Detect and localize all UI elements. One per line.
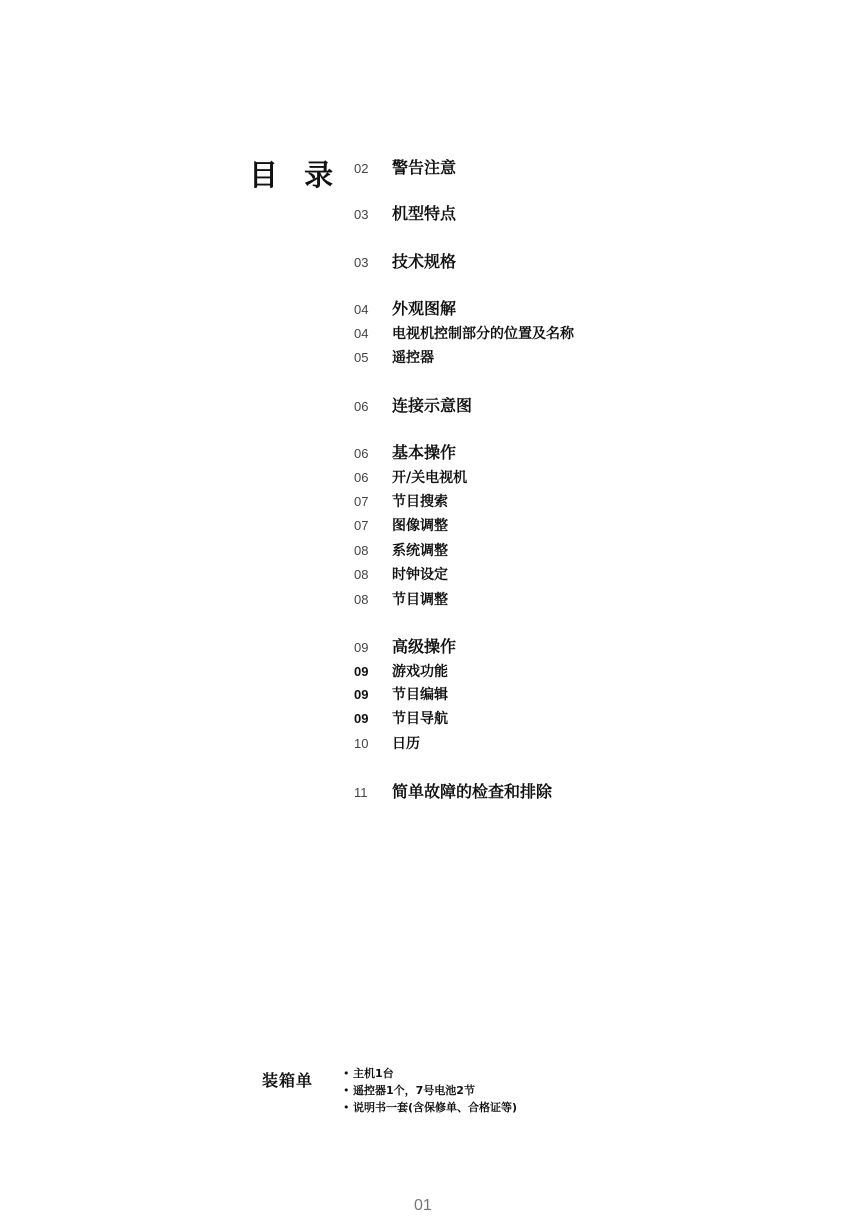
toc-entry-2: 03技术规格 <box>354 252 456 272</box>
toc-page-number: 09 <box>354 685 392 705</box>
packing-list-title: 装箱单 <box>262 1068 313 1091</box>
toc-label: 节目搜索 <box>392 494 448 510</box>
toc-entry-11: 08系统调整 <box>354 540 448 560</box>
toc-label: 基本操作 <box>392 443 456 462</box>
toc-label: 简单故障的检查和排除 <box>392 782 552 801</box>
toc-page-number: 08 <box>354 541 392 561</box>
toc-entry-15: 09游戏功能 <box>354 661 448 681</box>
toc-entry-7: 06基本操作 <box>354 443 456 463</box>
toc-entry-18: 10日历 <box>354 733 420 753</box>
toc-page-number: 07 <box>354 492 392 512</box>
toc-entry-6: 06连接示意图 <box>354 396 472 416</box>
toc-label: 节目调整 <box>392 592 448 608</box>
toc-label: 节目导航 <box>392 711 448 727</box>
toc-page-number: 02 <box>354 159 392 179</box>
toc-entry-3: 04外观图解 <box>354 299 456 319</box>
toc-title: 目 录 <box>249 153 341 194</box>
toc-page-number: 08 <box>354 590 392 610</box>
toc-label: 游戏功能 <box>392 664 448 680</box>
toc-page-number: 06 <box>354 444 392 464</box>
toc-page-number: 08 <box>354 565 392 585</box>
toc-page-number: 05 <box>354 348 392 368</box>
packing-list-item: 说明书一套(含保修单、合格证等) <box>343 1099 517 1116</box>
toc-label: 开/关电视机 <box>392 470 467 486</box>
toc-entry-16: 09节目编辑 <box>354 684 448 704</box>
toc-label: 系统调整 <box>392 543 448 559</box>
toc-entry-10: 07图像调整 <box>354 515 448 535</box>
toc-entry-4: 04电视机控制部分的位置及名称 <box>354 323 574 343</box>
toc-label: 时钟设定 <box>392 567 448 583</box>
toc-page-number: 09 <box>354 638 392 658</box>
toc-entry-8: 06开/关电视机 <box>354 467 467 487</box>
toc-label: 日历 <box>392 736 420 752</box>
toc-page-number: 03 <box>354 253 392 273</box>
toc-entry-13: 08节目调整 <box>354 589 448 609</box>
toc-label: 电视机控制部分的位置及名称 <box>392 326 574 342</box>
toc-entry-14: 09高级操作 <box>354 637 456 657</box>
toc-label: 技术规格 <box>392 252 456 271</box>
toc-page-number: 09 <box>354 662 392 682</box>
packing-list-item: 遥控器1个，7号电池2节 <box>343 1082 517 1099</box>
toc-entry-12: 08时钟设定 <box>354 564 448 584</box>
toc-entry-0: 02警告注意 <box>354 158 456 178</box>
toc-page-number: 10 <box>354 734 392 754</box>
toc-entry-5: 05遥控器 <box>354 347 434 367</box>
toc-page-number: 09 <box>354 709 392 729</box>
packing-list-item: 主机1台 <box>343 1065 517 1082</box>
toc-label: 机型特点 <box>392 204 456 223</box>
toc-entry-1: 03机型特点 <box>354 204 456 224</box>
toc-label: 遥控器 <box>392 350 434 366</box>
toc-label: 外观图解 <box>392 299 456 318</box>
packing-list: 主机1台 遥控器1个，7号电池2节 说明书一套(含保修单、合格证等) <box>343 1065 517 1116</box>
toc-page-number: 03 <box>354 205 392 225</box>
toc-page-number: 11 <box>354 783 392 803</box>
toc-label: 警告注意 <box>392 158 456 177</box>
toc-entry-9: 07节目搜索 <box>354 491 448 511</box>
toc-label: 高级操作 <box>392 637 456 656</box>
toc-entry-17: 09节目导航 <box>354 708 448 728</box>
toc-label: 图像调整 <box>392 518 448 534</box>
toc-entry-19: 11简单故障的检查和排除 <box>354 782 552 802</box>
toc-page-number: 06 <box>354 468 392 488</box>
toc-page-number: 07 <box>354 516 392 536</box>
toc-label: 连接示意图 <box>392 396 472 415</box>
page-number: 01 <box>414 1197 432 1215</box>
toc-page-number: 06 <box>354 397 392 417</box>
toc-label: 节目编辑 <box>392 687 448 703</box>
toc-page-number: 04 <box>354 324 392 344</box>
toc-page-number: 04 <box>354 300 392 320</box>
